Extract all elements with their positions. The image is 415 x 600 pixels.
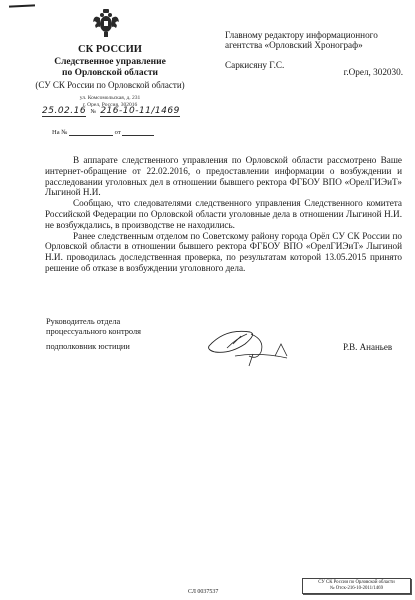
signatory-rank: подполковник юстиции — [46, 342, 130, 352]
signatory-title-line1: Руководитель отдела — [46, 317, 141, 327]
org-short-name: СК РОССИИ — [20, 44, 200, 55]
recipient-line2: агентства «Орловский Хронограф» — [225, 40, 410, 50]
form-serial-number: СЛ 0037537 — [188, 589, 218, 595]
ref-label: На № — [52, 129, 67, 136]
number-label: № — [90, 109, 96, 115]
ref-from-label: от — [115, 129, 121, 136]
registration-stamp: СУ СК России по Орловской области № Отск… — [302, 578, 411, 594]
signatory-name: Р.В. Ананьев — [343, 342, 392, 352]
registration-date: 25.02.16 — [42, 106, 86, 117]
handwritten-signature — [205, 326, 300, 368]
russian-double-headed-eagle-emblem — [92, 8, 120, 38]
recipient-city: г.Орел, 302030. — [344, 67, 403, 77]
address-line1: ул. Комсомольская, д. 231 — [20, 95, 200, 102]
body-paragraph: Ранее следственным отделом по Советскому… — [45, 231, 402, 274]
org-name-line2: по Орловской области — [20, 68, 200, 79]
body-paragraph: В аппарате следственного управления по О… — [45, 155, 402, 198]
body-paragraph: Сообщаю, что следователями следственного… — [45, 198, 402, 230]
ref-number-blank — [69, 128, 113, 136]
scan-mark — [9, 4, 35, 7]
registration-number: 216-10-11/1469 — [100, 106, 180, 117]
recipient-block: Главному редактору информационного агент… — [225, 30, 410, 70]
registration-line: 25.02.16 № 216-10-11/1469 — [42, 105, 180, 116]
org-abbreviation: (СУ СК России по Орловской области) — [20, 80, 200, 91]
stamp-line2: № Отск-216-10-2011/1469 — [303, 586, 410, 592]
signatory-title-line2: процессуального контроля — [46, 327, 141, 337]
signatory-title: Руководитель отдела процессуального конт… — [46, 317, 141, 337]
ref-date-blank — [122, 128, 154, 136]
recipient-line1: Главному редактору информационного — [225, 30, 410, 40]
reference-line: На № от — [52, 128, 154, 136]
letter-body: В аппарате следственного управления по О… — [45, 155, 402, 274]
org-name-line1: Следственное управление — [20, 57, 200, 68]
